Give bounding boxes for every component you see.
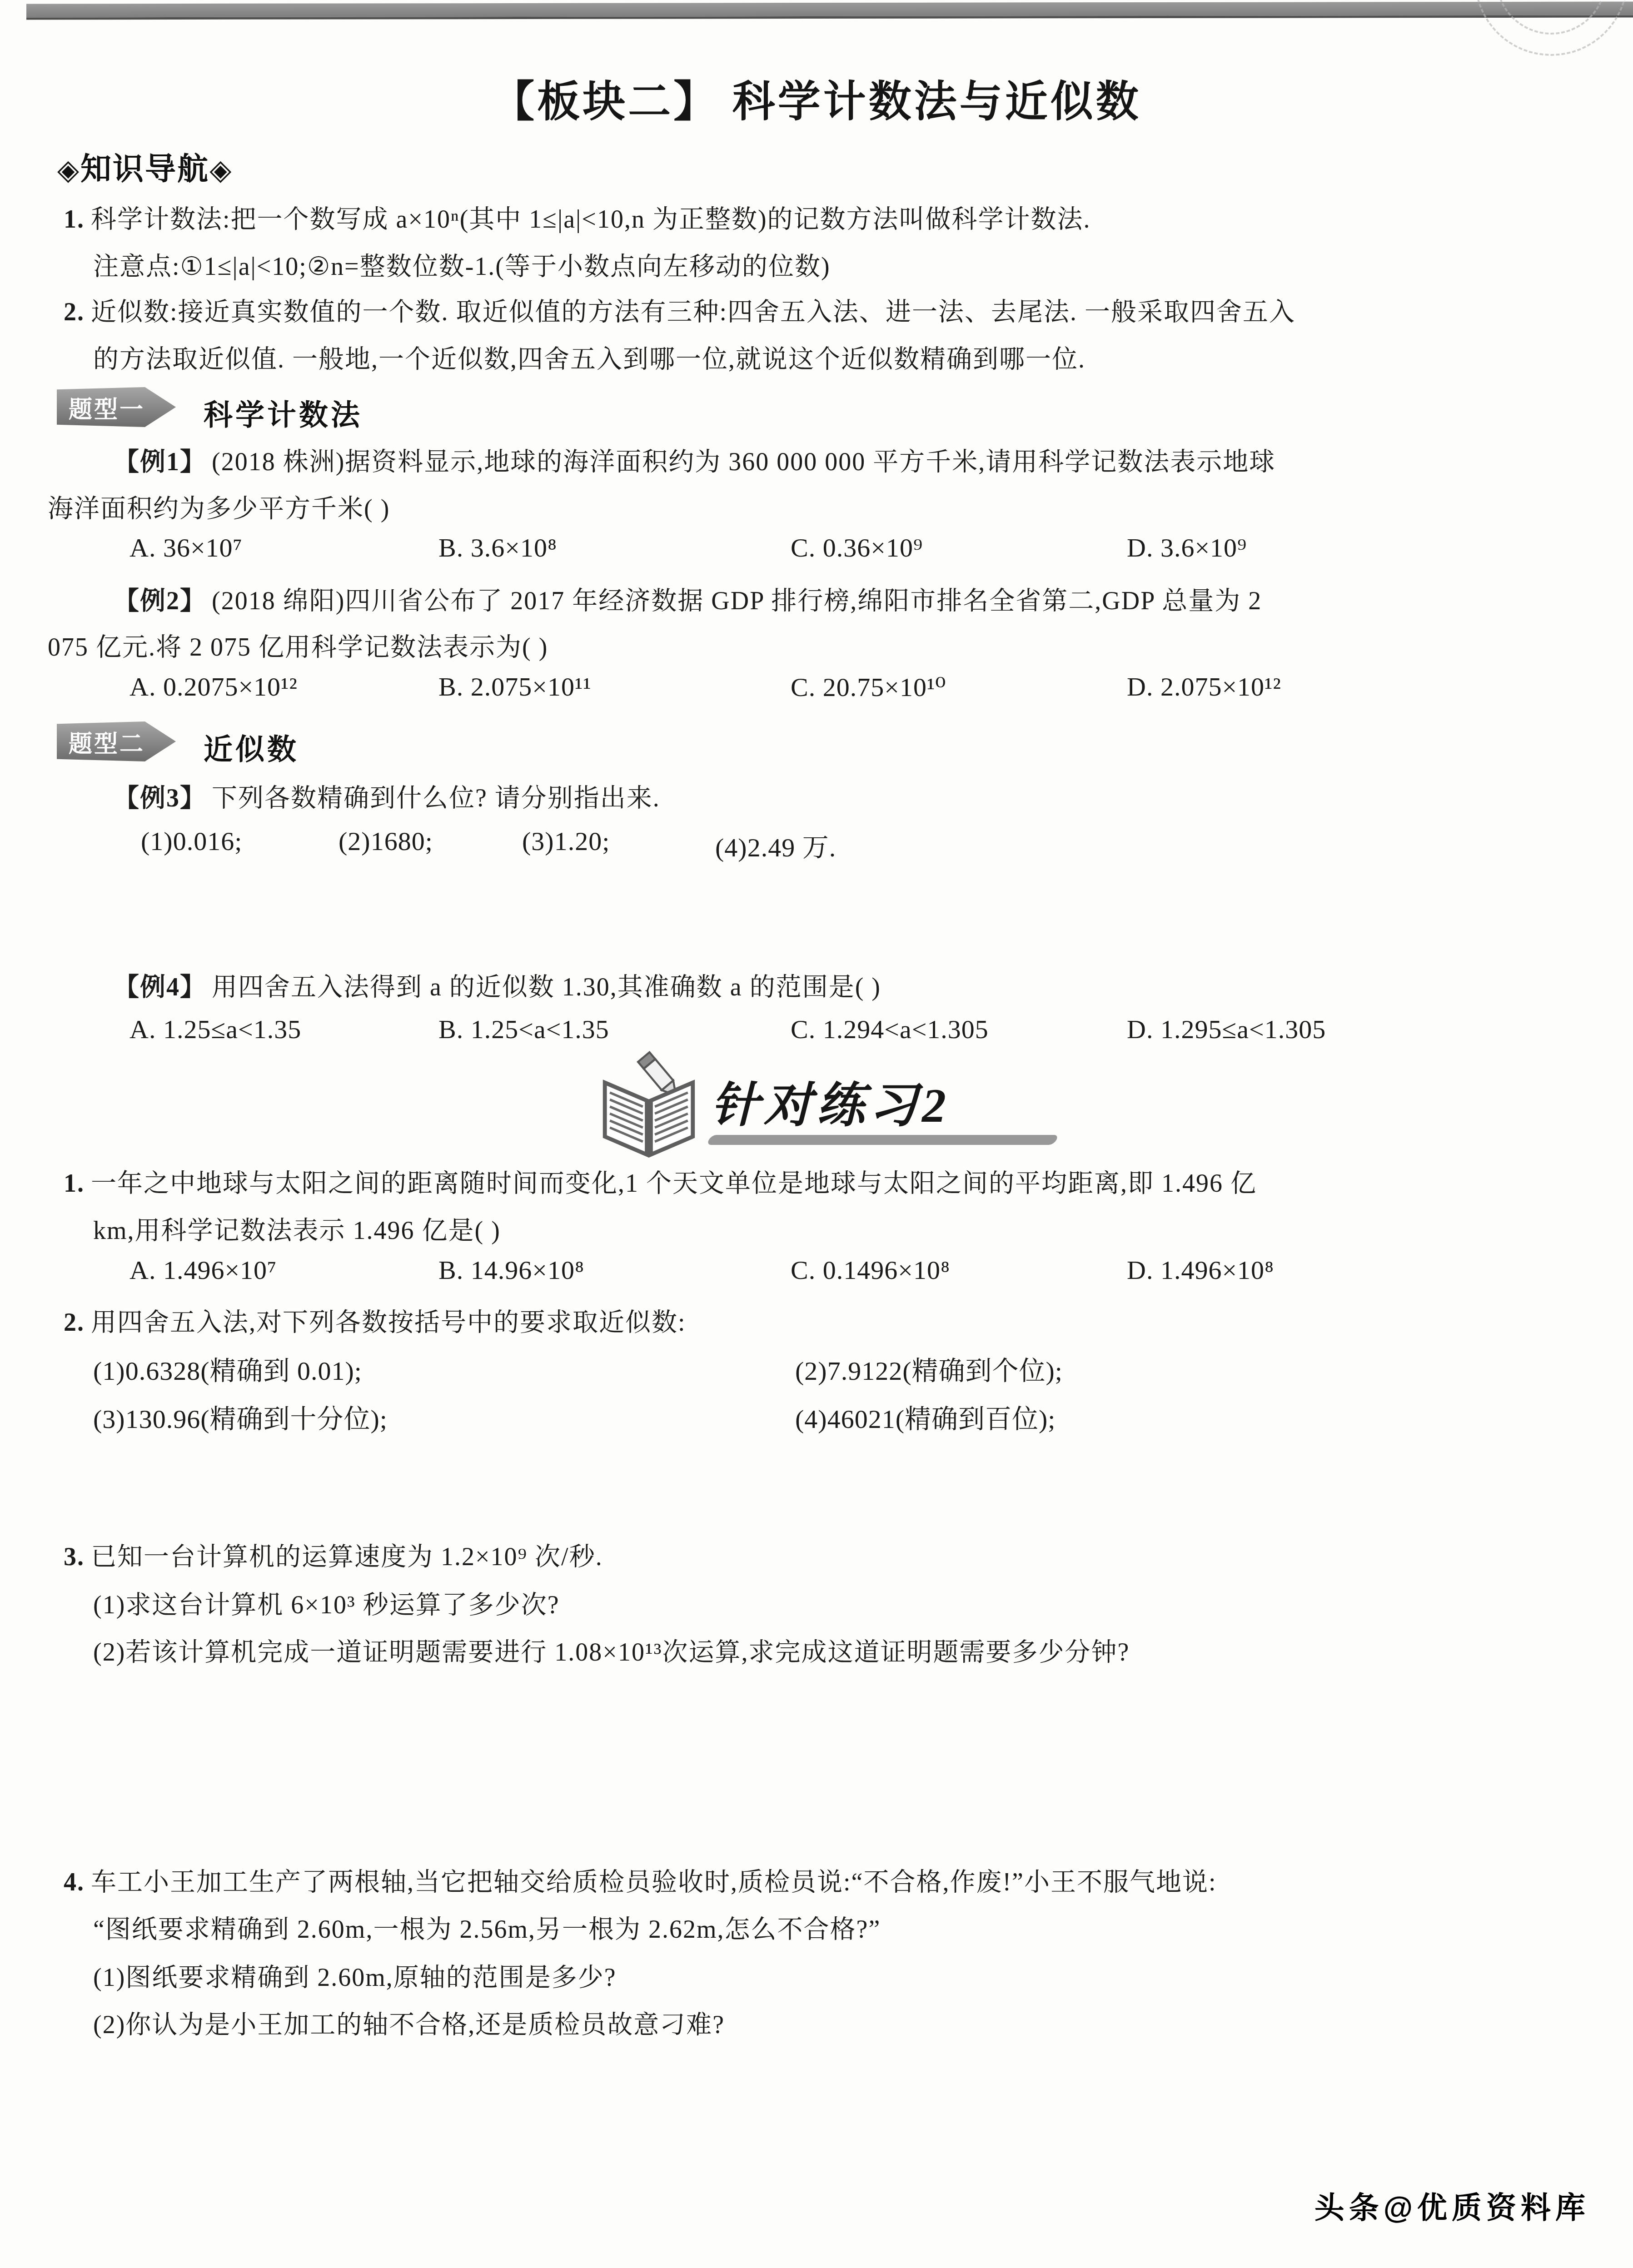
example-1-option-c: C. 0.36×10⁹: [791, 532, 923, 563]
example-3-item-4: (4)2.49 万.: [715, 826, 836, 864]
practice-underline: [706, 1135, 1059, 1145]
example-4-option-b: B. 1.25<a<1.35: [438, 1014, 609, 1044]
question-4-sub-1: (1)图纸要求精确到 2.60m,原轴的范围是多少?: [93, 1957, 617, 1994]
worksheet-page: 【板块二】 科学计数法与近似数 ◈知识导航◈ 1.科学计数法:把一个数写成 a×…: [0, 0, 1633, 2268]
example-3-tag: 【例3】: [114, 784, 206, 812]
knowledge-item-2-text: 近似数:接近真实数值的一个数. 取近似值的方法有三种:四舍五入法、进一法、去尾法…: [91, 298, 1295, 326]
type-2-badge-label: 题型二: [69, 725, 145, 759]
example-4-tag: 【例4】: [114, 973, 206, 1001]
example-1-option-a: A. 36×10⁷: [129, 532, 243, 563]
example-2-line-2: 075 亿元.将 2 075 亿用科学记数法表示为( ): [48, 627, 548, 663]
example-4-option-a: A. 1.25≤a<1.35: [129, 1014, 301, 1044]
question-3-sub-2: (2)若该计算机完成一道证明题需要进行 1.08×10¹³次运算,求完成这道证明…: [93, 1632, 1130, 1668]
question-1-option-d: D. 1.496×10⁸: [1127, 1255, 1274, 1285]
question-1-number: 1.: [64, 1169, 85, 1198]
question-1-option-a: A. 1.496×10⁷: [129, 1255, 277, 1285]
example-2-option-b: B. 2.075×10¹¹: [438, 671, 592, 702]
practice-title: 针对练习2: [711, 1067, 951, 1136]
question-1-line-1: 1.一年之中地球与太阳之间的距离随时间而变化,1 个天文单位是地球与太阳之间的平…: [64, 1163, 1257, 1199]
question-2-line-1: 2.用四舍五入法,对下列各数按括号中的要求取近似数:: [64, 1302, 686, 1338]
example-1-option-b: B. 3.6×10⁸: [438, 532, 557, 563]
question-2-number: 2.: [64, 1308, 85, 1337]
example-4-options: A. 1.25≤a<1.35 B. 1.25<a<1.35 C. 1.294<a…: [0, 1014, 1633, 1050]
example-3-line-1: 【例3】下列各数精确到什么位? 请分别指出来.: [114, 778, 660, 814]
question-1-option-c: C. 0.1496×10⁸: [791, 1255, 950, 1285]
scan-edge-bar: [26, 2, 1633, 20]
question-4-sub-2: (2)你认为是小王加工的轴不合格,还是质检员故意刁难?: [93, 2004, 725, 2041]
book-pencil-icon: [599, 1049, 699, 1158]
question-1-option-b: B. 14.96×10⁸: [438, 1255, 584, 1285]
question-2-item-4: (4)46021(精确到百位);: [795, 1398, 1055, 1436]
question-2-items-row-1: (1)0.6328(精确到 0.01); (2)7.9122(精确到个位);: [0, 1349, 1633, 1386]
question-3-sub-1: (1)求这台计算机 6×10³ 秒运算了多少次?: [93, 1585, 560, 1621]
knowledge-item-2-line-2: 的方法取近似值. 一般地,一个近似数,四舍五入到哪一位,就说这个近似数精确到哪一…: [93, 339, 1085, 375]
type-1-badge: 题型一: [57, 387, 176, 427]
example-1-option-d: D. 3.6×10⁹: [1127, 532, 1247, 563]
example-3-item-1: (1)0.016;: [141, 826, 242, 856]
question-2-item-2: (2)7.9122(精确到个位);: [795, 1349, 1063, 1388]
question-2-text: 用四舍五入法,对下列各数按括号中的要求取近似数:: [91, 1308, 686, 1337]
example-1-tag: 【例1】: [114, 448, 206, 476]
knowledge-item-1-number: 1.: [64, 205, 85, 234]
knowledge-nav-label: 知识导航: [80, 152, 209, 186]
example-4-option-d: D. 1.295≤a<1.305: [1127, 1014, 1326, 1044]
knowledge-item-2-line-1: 2.近似数:接近真实数值的一个数. 取近似值的方法有三种:四舍五入法、进一法、去…: [64, 292, 1295, 328]
knowledge-item-1-line-1: 1.科学计数法:把一个数写成 a×10ⁿ(其中 1≤|a|<10,n 为正整数)…: [64, 199, 1091, 235]
example-2-option-a: A. 0.2075×10¹²: [129, 671, 298, 702]
question-2-item-3: (3)130.96(精确到十分位);: [93, 1398, 388, 1436]
example-2-tag: 【例2】: [114, 587, 206, 615]
example-2-line-1: 【例2】(2018 绵阳)四川省公布了 2017 年经济数据 GDP 排行榜,绵…: [114, 581, 1262, 617]
type-1-title: 科学计数法: [204, 392, 363, 433]
knowledge-item-1-line-2: 注意点:①1≤|a|<10;②n=整数位数-1.(等于小数点向左移动的位数): [93, 246, 831, 283]
example-1-options: A. 36×10⁷ B. 3.6×10⁸ C. 0.36×10⁹ D. 3.6×…: [0, 532, 1633, 569]
example-2-text: (2018 绵阳)四川省公布了 2017 年经济数据 GDP 排行榜,绵阳市排名…: [212, 587, 1262, 615]
type-2-title: 近似数: [204, 726, 299, 768]
question-1-text: 一年之中地球与太阳之间的距离随时间而变化,1 个天文单位是地球与太阳之间的平均距…: [91, 1169, 1257, 1198]
example-3-items: (1)0.016; (2)1680; (3)1.20; (4)2.49 万.: [0, 826, 1633, 862]
example-1-text: (2018 株洲)据资料显示,地球的海洋面积约为 360 000 000 平方千…: [212, 448, 1275, 476]
knowledge-item-2-number: 2.: [64, 298, 85, 326]
question-2-item-1: (1)0.6328(精确到 0.01);: [93, 1349, 362, 1388]
example-3-text: 下列各数精确到什么位? 请分别指出来.: [212, 784, 660, 812]
question-1-options: A. 1.496×10⁷ B. 14.96×10⁸ C. 0.1496×10⁸ …: [0, 1255, 1633, 1291]
question-3-text: 已知一台计算机的运算速度为 1.2×10⁹ 次/秒.: [91, 1543, 603, 1571]
example-2-options: A. 0.2075×10¹² B. 2.075×10¹¹ C. 20.75×10…: [0, 671, 1633, 708]
diamond-icon-right: ◈: [209, 154, 233, 186]
question-4-number: 4.: [64, 1868, 85, 1896]
knowledge-item-1-text: 科学计数法:把一个数写成 a×10ⁿ(其中 1≤|a|<10,n 为正整数)的记…: [91, 205, 1091, 234]
type-2-badge: 题型二: [57, 721, 176, 761]
example-2-option-c: C. 20.75×10¹⁰: [791, 671, 946, 702]
example-1-line-2: 海洋面积约为多少平方千米( ): [48, 488, 390, 525]
watermark-credit: 头条@优质资料库: [1314, 2183, 1590, 2227]
example-4-text: 用四舍五入法得到 a 的近似数 1.30,其准确数 a 的范围是( ): [212, 973, 881, 1001]
diamond-icon-left: ◈: [57, 154, 80, 186]
question-3-line-1: 3.已知一台计算机的运算速度为 1.2×10⁹ 次/秒.: [64, 1537, 603, 1573]
example-3-item-3: (3)1.20;: [522, 826, 610, 856]
question-2-items-row-2: (3)130.96(精确到十分位); (4)46021(精确到百位);: [0, 1398, 1633, 1434]
knowledge-nav-header: ◈知识导航◈: [57, 144, 233, 189]
example-4-line-1: 【例4】用四舍五入法得到 a 的近似数 1.30,其准确数 a 的范围是( ): [114, 967, 881, 1003]
question-1-line-2: km,用科学记数法表示 1.496 亿是( ): [93, 1210, 501, 1247]
type-1-badge-label: 题型一: [69, 390, 145, 424]
example-3-item-2: (2)1680;: [339, 826, 433, 856]
example-1-line-1: 【例1】(2018 株洲)据资料显示,地球的海洋面积约为 360 000 000…: [114, 442, 1275, 478]
question-3-number: 3.: [64, 1543, 85, 1571]
question-4-line-1: 4.车工小王加工生产了两根轴,当它把轴交给质检员验收时,质检员说:“不合格,作废…: [64, 1862, 1216, 1898]
example-2-option-d: D. 2.075×10¹²: [1127, 671, 1281, 702]
question-4-line-2: “图纸要求精确到 2.60m,一根为 2.56m,另一根为 2.62m,怎么不合…: [93, 1909, 881, 1945]
question-4-text: 车工小王加工生产了两根轴,当它把轴交给质检员验收时,质检员说:“不合格,作废!”…: [91, 1868, 1216, 1896]
page-title: 【板块二】 科学计数法与近似数: [0, 67, 1633, 129]
example-4-option-c: C. 1.294<a<1.305: [791, 1014, 989, 1044]
